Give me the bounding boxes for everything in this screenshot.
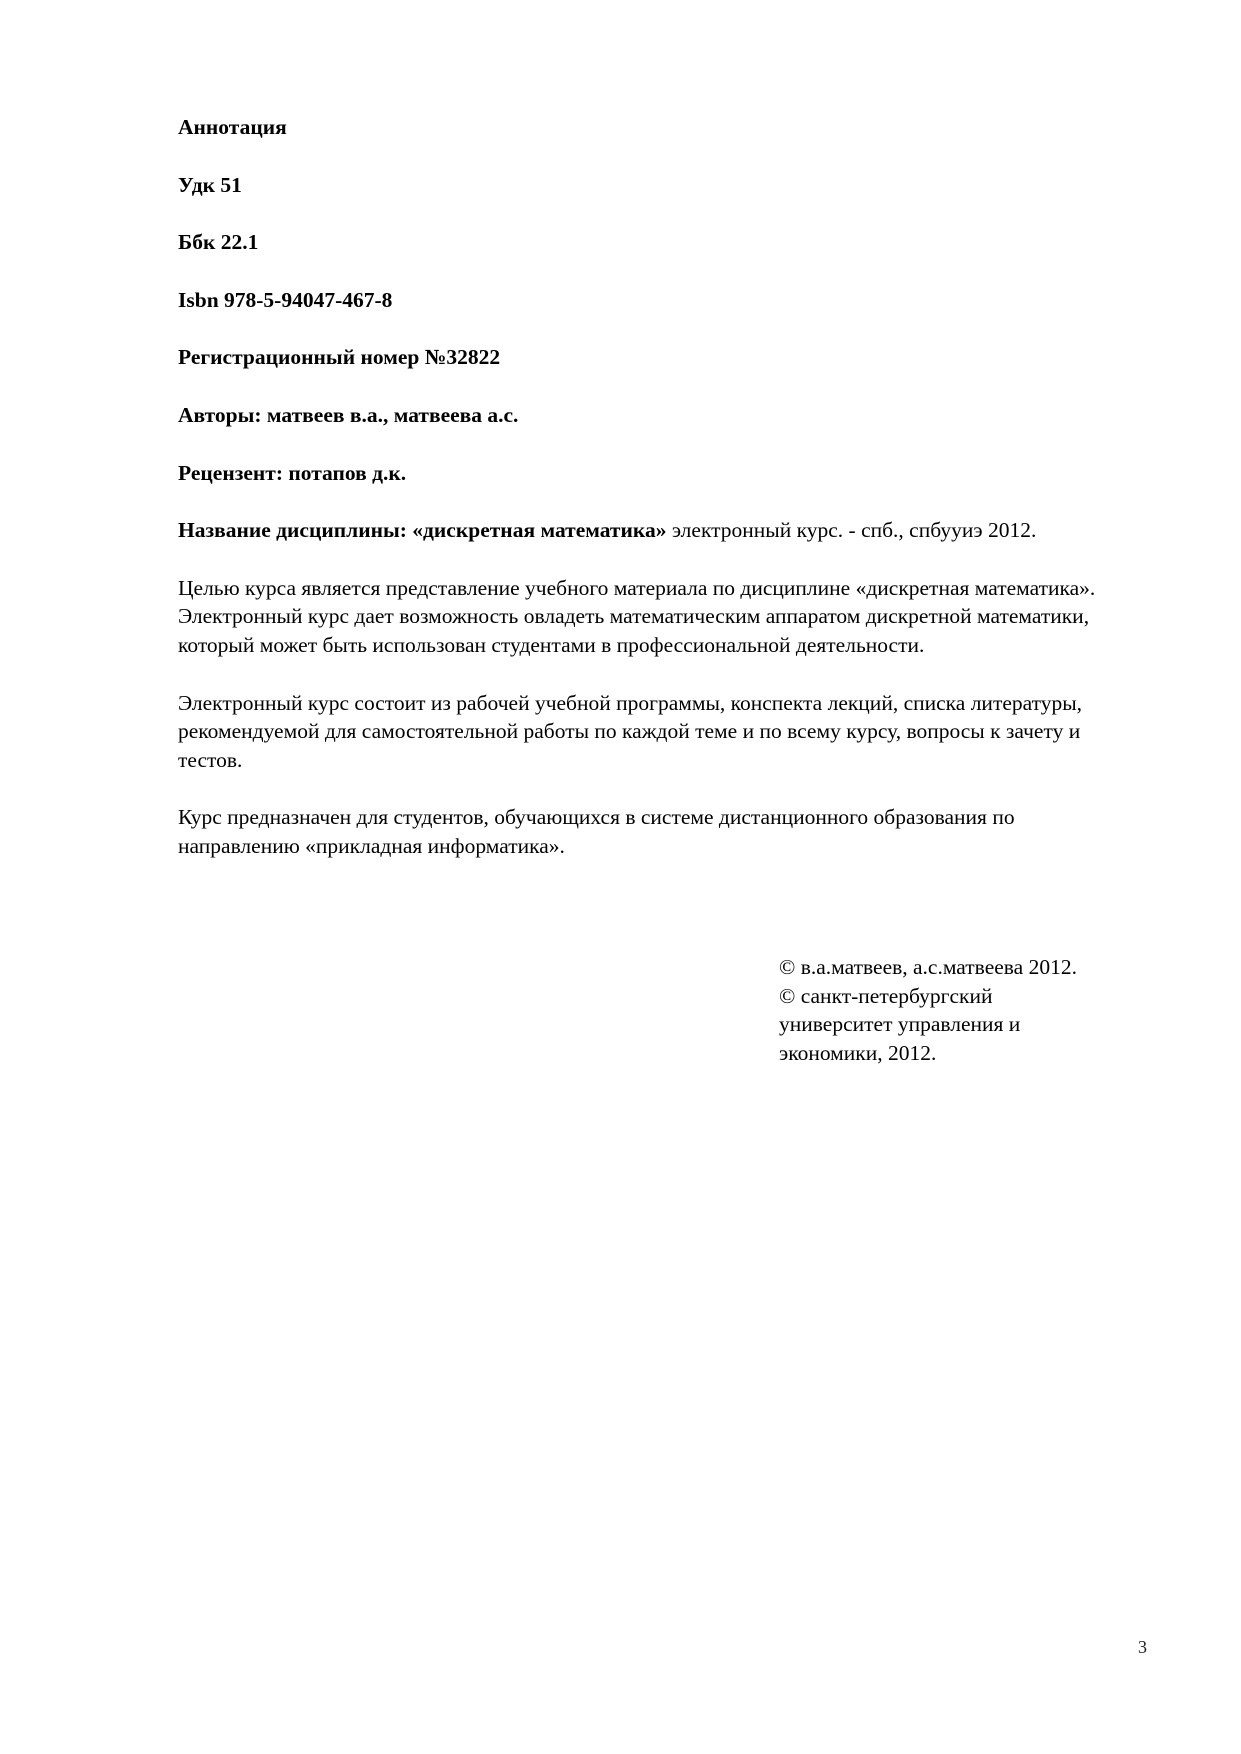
copyright-line: © санкт-петербургский xyxy=(779,982,1139,1011)
authors-line: Авторы: матвеев в.а., матвеева а.с. xyxy=(178,401,1138,430)
reviewer-line: Рецензент: потапов д.к. xyxy=(178,459,1138,488)
discipline-details: электронный курс. - спб., спбууиэ 2012. xyxy=(666,518,1036,542)
course-goal-paragraph: Целью курса является представление учебн… xyxy=(178,574,1138,660)
copyright-block: © в.а.матвеев, а.с.матвеева 2012. © санк… xyxy=(779,953,1139,1067)
discipline-title: Название дисциплины: «дискретная математ… xyxy=(178,518,666,542)
discipline-paragraph: Название дисциплины: «дискретная математ… xyxy=(178,516,1138,545)
page-number: 3 xyxy=(1138,1636,1147,1658)
udk-line: Удк 51 xyxy=(178,171,1138,200)
isbn-line: Isbn 978-5-94047-467-8 xyxy=(178,286,1138,315)
copyright-line: экономики, 2012. xyxy=(779,1039,1139,1068)
registration-number-line: Регистрационный номер №32822 xyxy=(178,343,1138,372)
copyright-line: © в.а.матвеев, а.с.матвеева 2012. xyxy=(779,953,1139,982)
document-page: Аннотация Удк 51 Ббк 22.1 Isbn 978-5-940… xyxy=(0,0,1241,1754)
bbk-line: Ббк 22.1 xyxy=(178,228,1138,257)
annotation-heading: Аннотация xyxy=(178,113,1138,142)
copyright-line: университет управления и xyxy=(779,1010,1139,1039)
course-audience-paragraph: Курс предназначен для студентов, обучающ… xyxy=(178,803,1138,860)
course-contents-paragraph: Электронный курс состоит из рабочей учеб… xyxy=(178,689,1138,775)
annotation-content: Аннотация Удк 51 Ббк 22.1 Isbn 978-5-940… xyxy=(178,113,1138,890)
